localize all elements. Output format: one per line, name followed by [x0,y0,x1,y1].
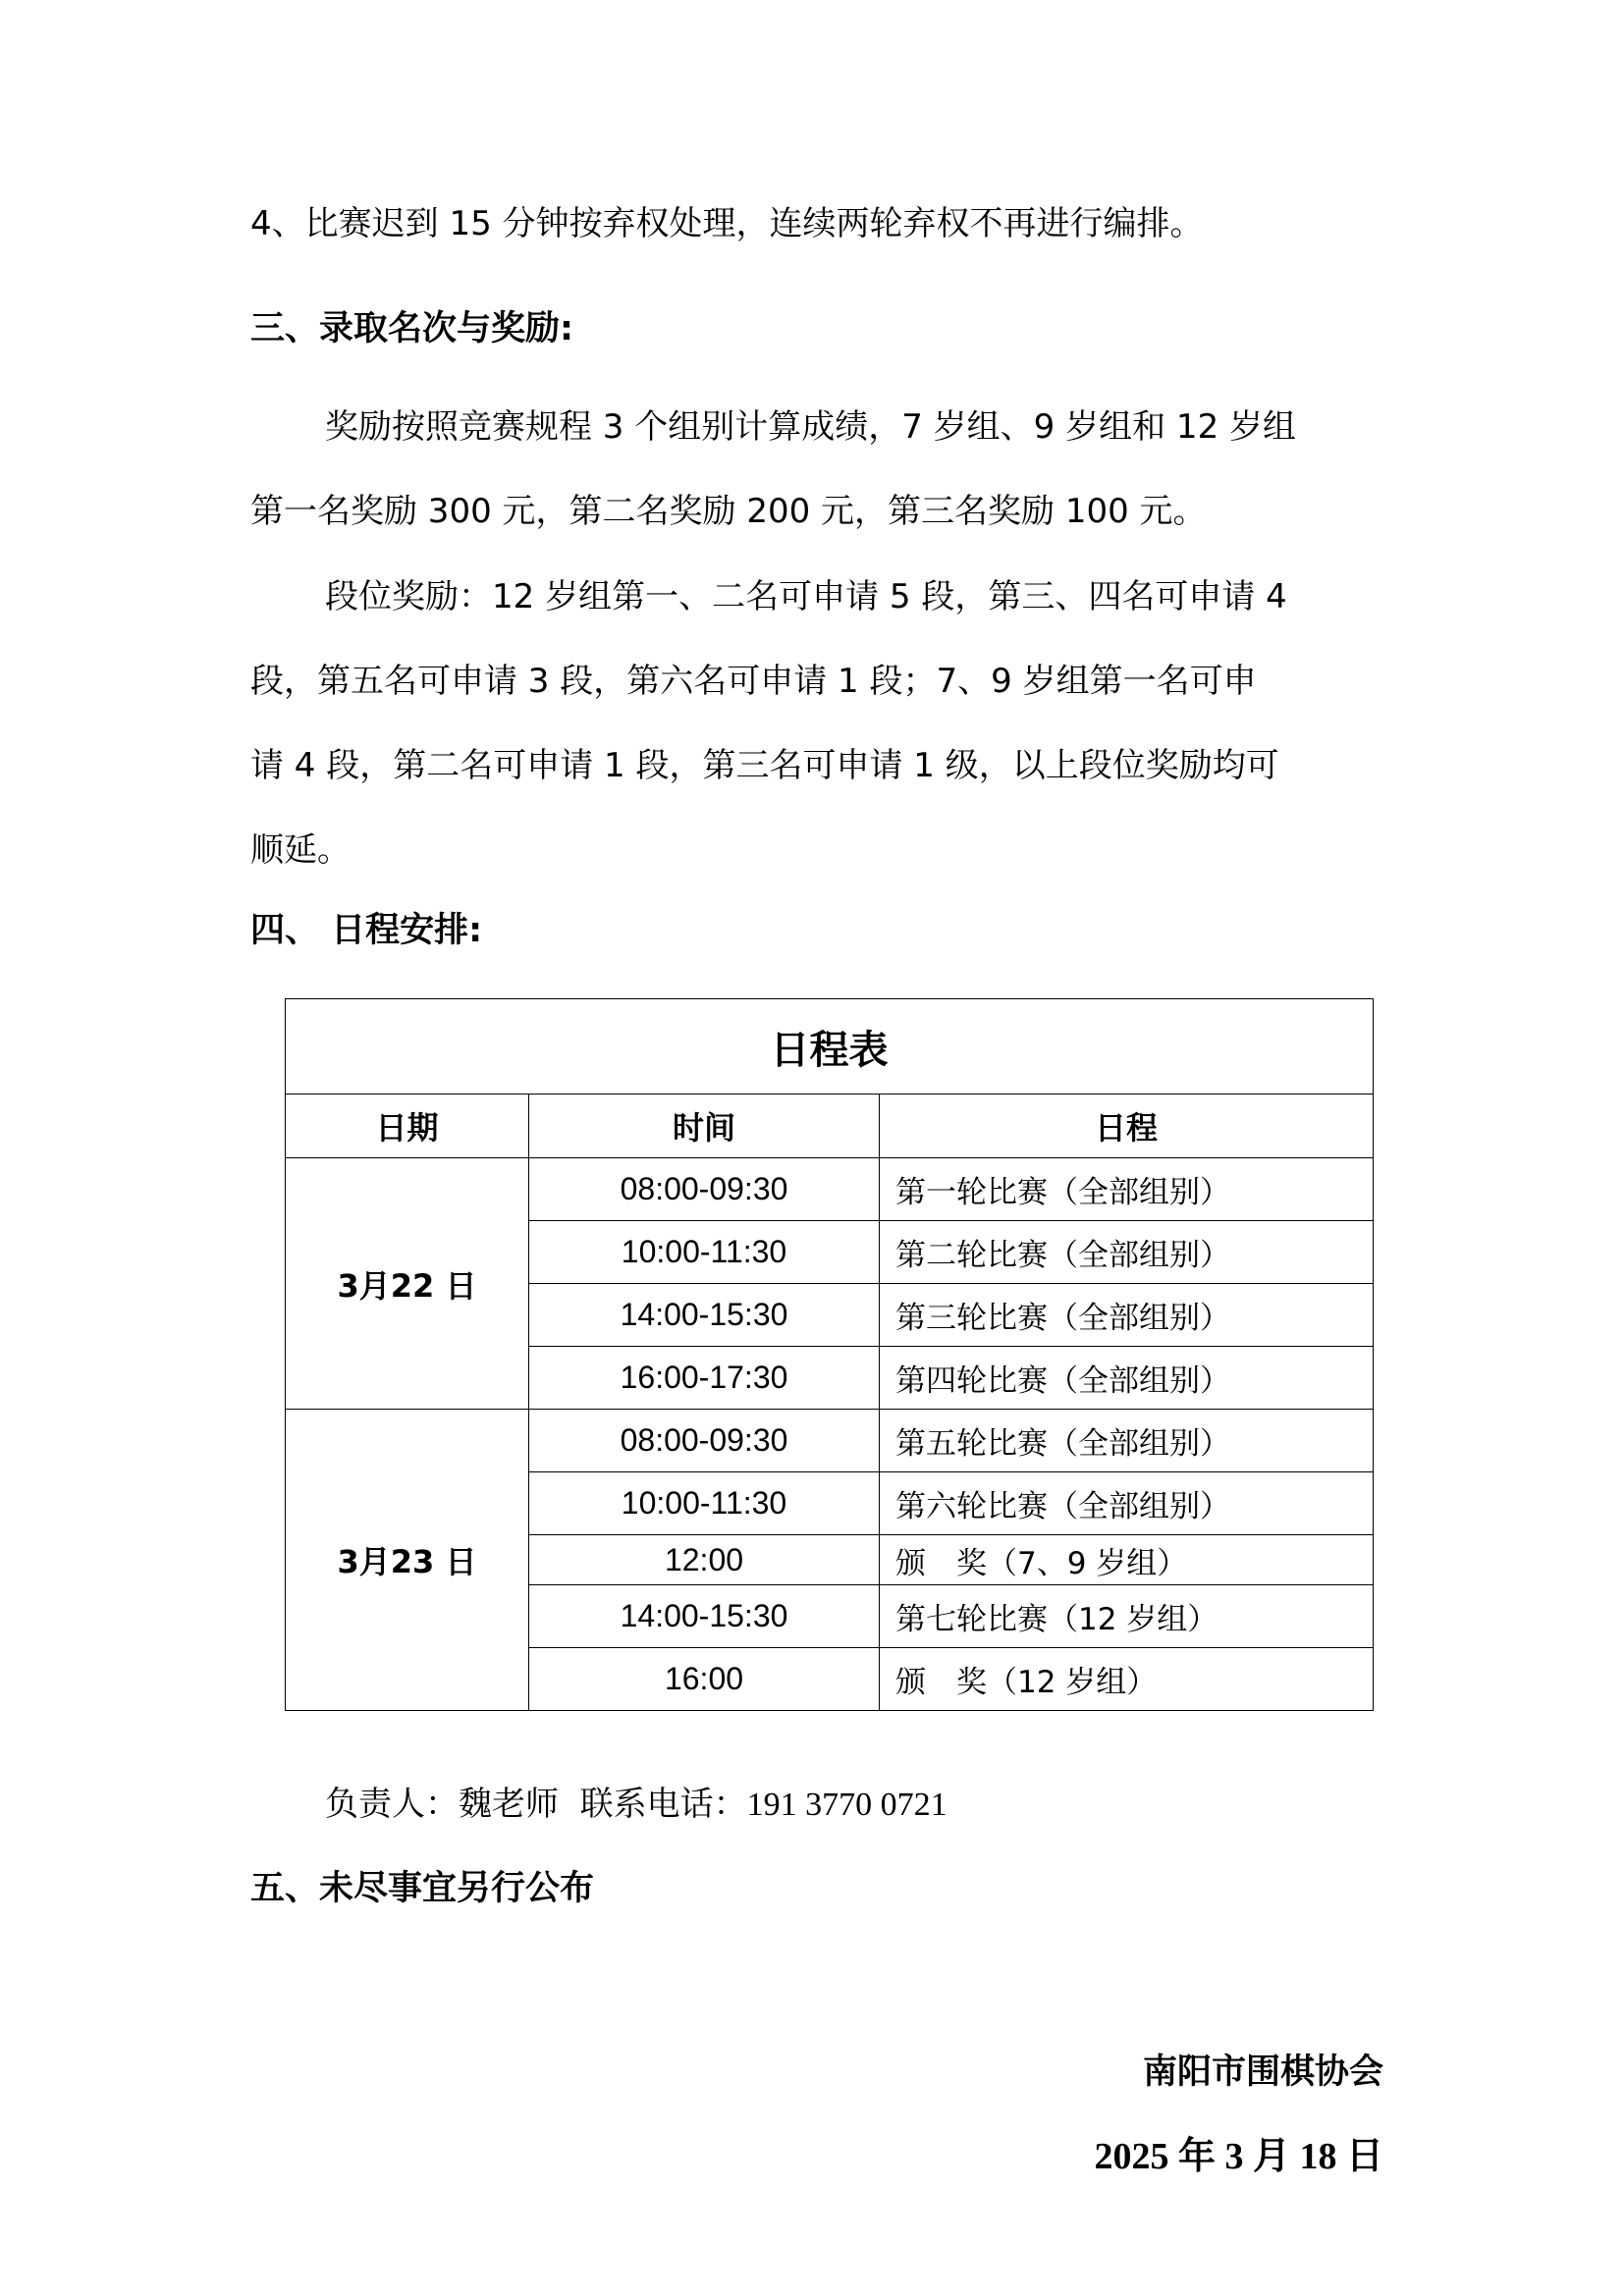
event-cell: 第五轮比赛（全部组别） [880,1410,1374,1472]
time-cell: 16:00 [529,1648,880,1711]
dan-award-line-3: 请 4 段，第二名可申请 1 段，第三名可申请 1 级，以上段位奖励均可 [250,744,1389,787]
time-cell: 16:00-17:30 [529,1347,880,1410]
section-3-heading: 三、录取名次与奖励: [250,307,1389,350]
event-cell: 颁 奖（7、9 岁组） [880,1535,1374,1585]
date-cell-day-1: 3月22 日 [286,1158,529,1410]
event-cell: 第四轮比赛（全部组别） [880,1347,1374,1410]
table-row: 3月23 日 08:00-09:30 第五轮比赛（全部组别） [286,1410,1374,1472]
contact-person-label: 负责人： [325,1785,459,1824]
contact-phone-label: 联系电话： [580,1785,747,1824]
signature-date: 2025 年 3 月 18 日 [1094,2135,1383,2178]
dan-award-line-4: 顺延。 [250,828,1389,872]
header-time: 时间 [529,1095,880,1158]
event-cell: 第七轮比赛（12 岁组） [880,1585,1374,1648]
dan-award-line-2: 段，第五名可申请 3 段，第六名可申请 1 段；7、9 岁组第一名可申 [250,660,1389,703]
dan-award-line-1: 段位奖励：12 岁组第一、二名可申请 5 段，第三、四名可申请 4 [250,575,1389,618]
table-row: 3月22 日 08:00-09:30 第一轮比赛（全部组别） [286,1158,1374,1221]
event-cell: 第三轮比赛（全部组别） [880,1284,1374,1347]
signature-organization: 南阳市围棋协会 [1143,2051,1383,2094]
time-cell: 14:00-15:30 [529,1585,880,1648]
date-cell-day-2: 3月23 日 [286,1410,529,1711]
event-cell: 第一轮比赛（全部组别） [880,1158,1374,1221]
time-cell: 08:00-09:30 [529,1410,880,1472]
rule-4-text: 4、比赛迟到 15 分钟按弃权处理，连续两轮弃权不再进行编排。 [250,202,1389,245]
time-cell: 14:00-15:30 [529,1284,880,1347]
contact-phone: 191 3770 0721 [747,1787,947,1823]
award-paragraph-line-2: 第一名奖励 300 元，第二名奖励 200 元，第三名奖励 100 元。 [250,490,1389,533]
section-5-heading: 五、未尽事宜另行公布 [250,1867,1389,1910]
event-cell: 第二轮比赛（全部组别） [880,1221,1374,1284]
event-cell: 颁 奖（12 岁组） [880,1648,1374,1711]
event-cell: 第六轮比赛（全部组别） [880,1472,1374,1535]
schedule-table-title: 日程表 [286,999,1374,1095]
schedule-table: 日程表 日期 时间 日程 3月22 日 08:00-09:30 第一轮比赛（全部… [285,998,1374,1711]
time-cell: 10:00-11:30 [529,1221,880,1284]
header-date: 日期 [286,1095,529,1158]
time-cell: 10:00-11:30 [529,1472,880,1535]
time-cell: 12:00 [529,1535,880,1585]
time-cell: 08:00-09:30 [529,1158,880,1221]
contact-person: 魏老师 [459,1785,559,1824]
header-event: 日程 [880,1095,1374,1158]
contact-line: 负责人：魏老师 联系电话：191 3770 0721 [250,1783,1389,1827]
section-4-heading: 四、 日程安排: [250,909,1389,952]
award-paragraph-line-1: 奖励按照竞赛规程 3 个组别计算成绩，7 岁组、9 岁组和 12 岁组 [250,405,1389,449]
